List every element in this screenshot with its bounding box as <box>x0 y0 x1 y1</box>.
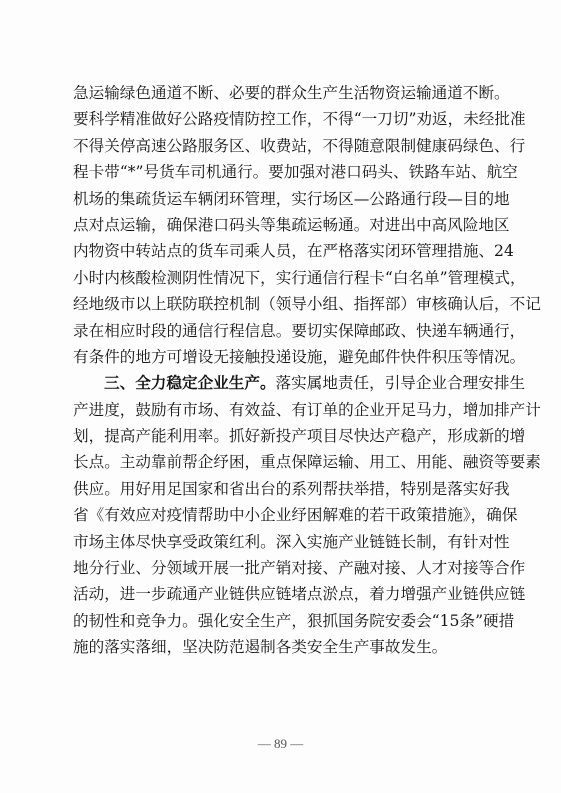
text-line: 录在相应时段的通信行程信息。要切实保障邮政、快递车辆通行， <box>73 318 491 344</box>
page-number: — 89 — <box>0 736 561 752</box>
text-line: 供应。用好用足国家和省出台的系列帮扶举措，特别是落实好我 <box>73 476 491 502</box>
text-line: 的韧性和竞争力。强化安全生产，狠抓国务院安委会“15条”硬措 <box>73 608 491 634</box>
text-line: 省《有效应对疫情帮助中小企业纾困解难的若干政策措施》，确保 <box>73 502 491 528</box>
document-page: 急运输绿色通道不断、必要的群众生产生活物资运输通道不断。 要科学精准做好公路疫情… <box>0 0 561 793</box>
text-line: 长点。主动靠前帮企纾困，重点保障运输、用工、用能、融资等要素 <box>73 449 491 475</box>
text-fragment: 落实属地责任，引导企业合理安排生 <box>276 374 526 392</box>
text-line: 划，提高产能利用率。抓好新投产项目尽快达产稳产，形成新的增 <box>73 423 491 449</box>
text-line: 活动，进一步疏通产业链供应链堵点淤点，着力增强产业链供应链 <box>73 581 491 607</box>
section-three-first-line: 三、全力稳定企业生产。落实属地责任，引导企业合理安排生 <box>73 370 491 396</box>
text-line: 地分行业、分领域开展一批产销对接、产融对接、人才对接等合作 <box>73 555 491 581</box>
text-line: 经地级市以上联防联控机制（领导小组、指挥部）审核确认后，不记 <box>73 291 491 317</box>
text-line: 点对点运输，确保港口码头等集疏运畅通。对进出中高风险地区 <box>73 212 491 238</box>
text-line: 市场主体尽快享受政策红利。深入实施产业链链长制，有针对性 <box>73 529 491 555</box>
text-line: 机场的集疏货运车辆闭环管理，实行场区—公路通行段—目的地 <box>73 186 491 212</box>
text-line: 内物资中转站点的货车司乘人员，在严格落实闭环管理措施、24 <box>73 238 491 264</box>
text-line: 产进度，鼓励有市场、有效益、有订单的企业开足马力，增加排产计 <box>73 397 491 423</box>
section-heading: 三、全力稳定企业生产。 <box>104 374 276 392</box>
text-line: 小时内核酸检测阴性情况下，实行通信行程卡“白名单”管理模式， <box>73 265 491 291</box>
text-line: 施的落实落细，坚决防范遏制各类安全生产事故发生。 <box>73 634 491 660</box>
text-line: 急运输绿色通道不断、必要的群众生产生活物资运输通道不断。 <box>73 80 491 106</box>
text-line: 要科学精准做好公路疫情防控工作，不得“一刀切”劝返，未经批准 <box>73 106 491 132</box>
text-line: 程卡带“*”号货车司机通行。要加强对港口码头、铁路车站、航空 <box>73 159 491 185</box>
body-text: 急运输绿色通道不断、必要的群众生产生活物资运输通道不断。 要科学精准做好公路疫情… <box>73 80 491 661</box>
text-line: 有条件的地方可增设无接触投递设施，避免邮件快件积压等情况。 <box>73 344 491 370</box>
text-line: 不得关停高速公路服务区、收费站，不得随意限制健康码绿色、行 <box>73 133 491 159</box>
